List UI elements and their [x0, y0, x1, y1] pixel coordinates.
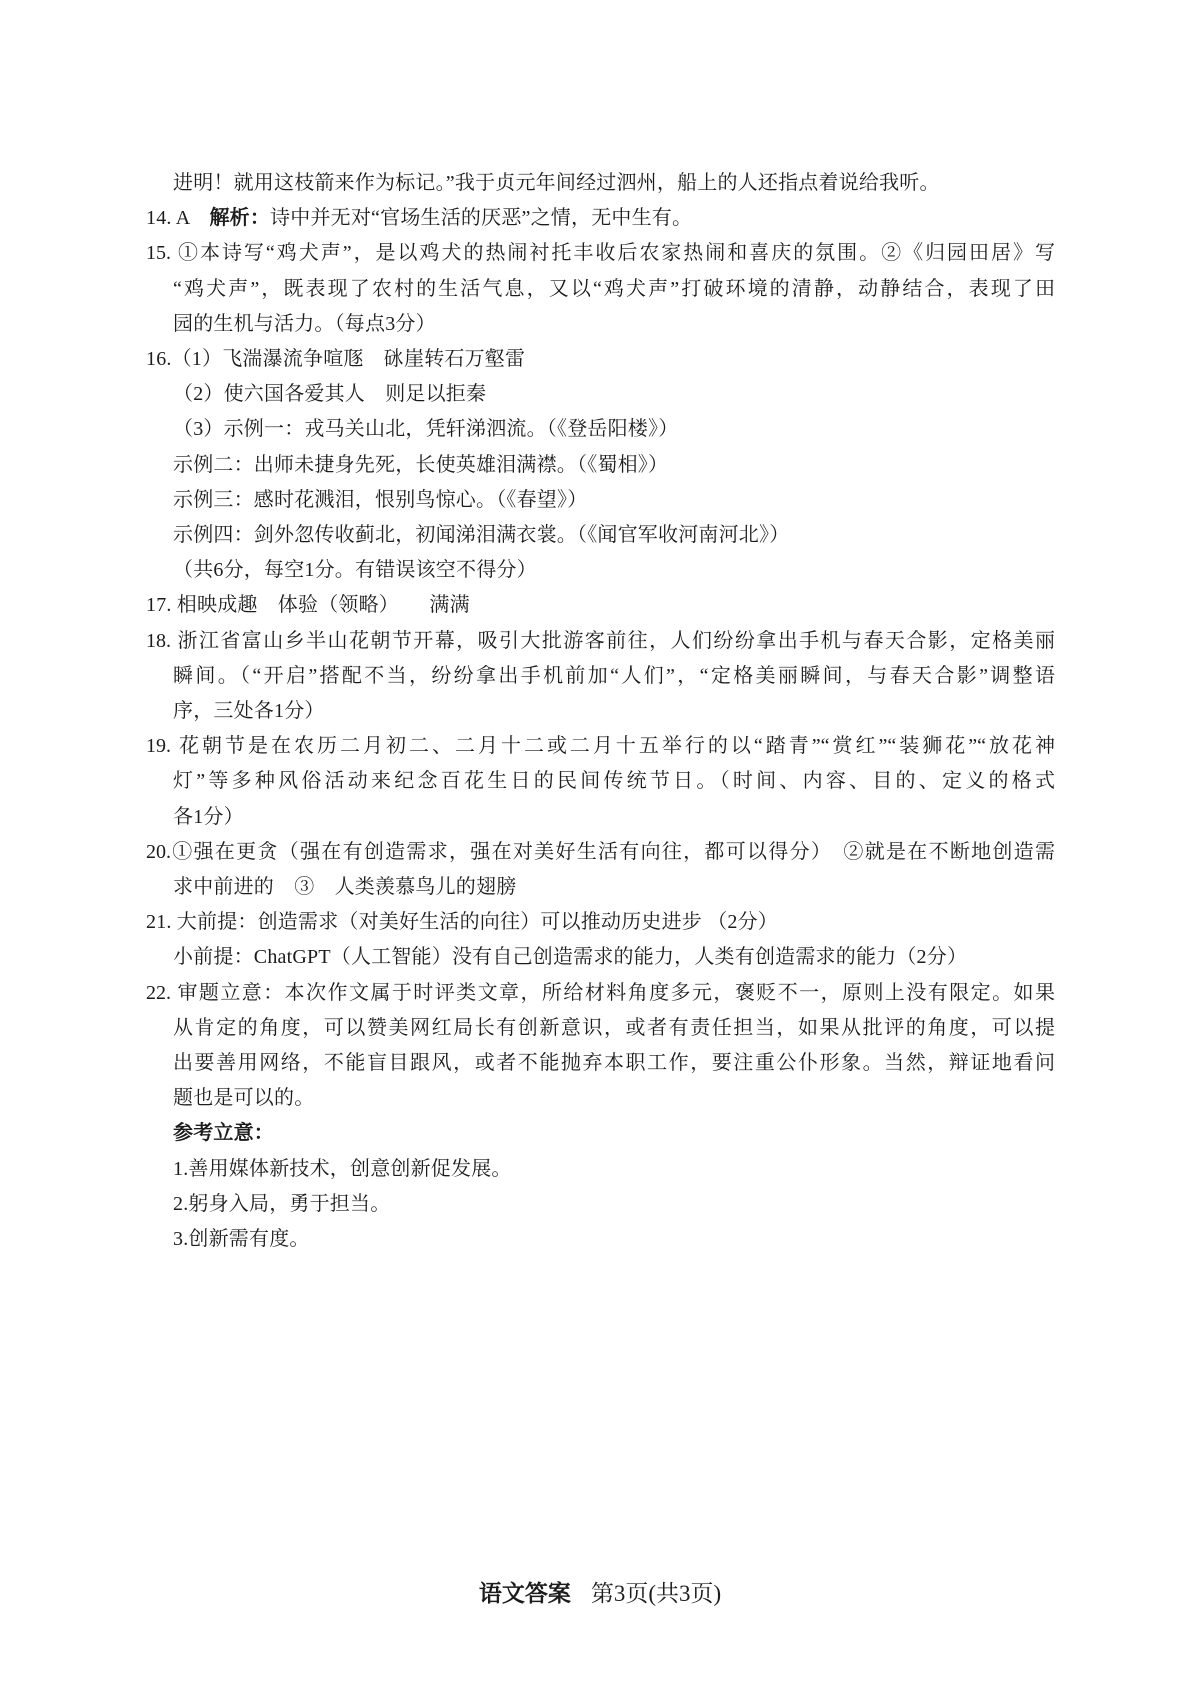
answer-line-segment: 灯”等多种风俗活动来纪念百花生日的民间传统节日。（时间、内容、目的、定义的格式 [173, 770, 1055, 792]
answer-line-segment: 18. 浙江省富山乡半山花朝节开幕，吸引大批游客前往，人们纷纷拿出手机与春天合影… [146, 630, 1055, 652]
answer-line-segment: 19. 花朝节是在农历二月初二、二月十二或二月十五举行的以“踏青”“赏红”“装狮… [146, 735, 1055, 757]
answer-line-bold-segment: 参考立意： [173, 1122, 274, 1144]
answer-line-segment: 诗中并无对“官场生活的厌恶”之情，无中生有。 [270, 207, 692, 229]
answer-line-segment: 示例四：剑外忽传收蓟北，初闻涕泪满衣裳。（《闻官军收河南河北》） [173, 524, 789, 546]
answer-line-segment: 小前提：ChatGPT（人工智能）没有自己创造需求的能力，人类有创造需求的能力（… [173, 946, 967, 968]
answer-line-segment: （2）使六国各爱其人 则足以拒秦 [173, 383, 486, 405]
answer-line: 园的生机与活力。（每点3分） [146, 307, 1055, 342]
page-footer: 语文答案第3页(共3页) [0, 1576, 1200, 1611]
answer-line-bold-segment: 解析： [209, 207, 270, 229]
answer-line: 2.躬身入局，勇于担当。 [146, 1187, 1055, 1222]
answer-line-segment: 示例三：感时花溅泪，恨别鸟惊心。（《春望》） [173, 489, 587, 511]
answer-line-segment: 20.①强在更贪（强在有创造需求，强在对美好生活有向往，都可以得分） ②就是在不… [146, 841, 1055, 863]
answer-line-segment: 15. ①本诗写“鸡犬声”，是以鸡犬的热闹衬托丰收后农家热闹和喜庆的氛围。②《归… [146, 242, 1055, 264]
answer-line-segment: （共6分，每空1分。有错误该空不得分） [173, 559, 537, 581]
answer-line-segment: 从肯定的角度，可以赞美网红局长有创新意识，或者有责任担当，如果从批评的角度，可以… [173, 1017, 1055, 1039]
answer-line-segment: 16.（1）飞湍瀑流争喧豗 砯崖转石万壑雷 [146, 348, 525, 370]
answer-line: 16.（1）飞湍瀑流争喧豗 砯崖转石万壑雷 [146, 342, 1055, 377]
answer-body: 进明！就用这枝箭来作为标记。”我于贞元年间经过泗州，船上的人还指点着说给我听。1… [146, 166, 1055, 1257]
exam-answer-page: 进明！就用这枝箭来作为标记。”我于贞元年间经过泗州，船上的人还指点着说给我听。1… [0, 0, 1200, 1698]
answer-line: 瞬间。（“开启”搭配不当，纷纷拿出手机前加“人们”，“定格美丽瞬间，与春天合影”… [146, 659, 1055, 694]
answer-line: 3.创新需有度。 [146, 1222, 1055, 1257]
answer-line: “鸡犬声”，既表现了农村的生活气息，又以“鸡犬声”打破环境的清静，动静结合，表现… [146, 272, 1055, 307]
answer-line-segment: 求中前进的 ③ 人类羡慕鸟儿的翅膀 [173, 876, 516, 898]
answer-line: （共6分，每空1分。有错误该空不得分） [146, 553, 1055, 588]
answer-line: （3）示例一：戎马关山北，凭轩涕泗流。（《登岳阳楼》） [146, 412, 1055, 447]
answer-line: 示例四：剑外忽传收蓟北，初闻涕泪满衣裳。（《闻官军收河南河北》） [146, 518, 1055, 553]
answer-line: 22. 审题立意：本次作文属于时评类文章，所给材料角度多元，褒贬不一，原则上没有… [146, 976, 1055, 1011]
answer-line: 求中前进的 ③ 人类羡慕鸟儿的翅膀 [146, 870, 1055, 905]
answer-line-segment: 22. 审题立意：本次作文属于时评类文章，所给材料角度多元，褒贬不一，原则上没有… [146, 982, 1055, 1004]
answer-line-segment: 进明！就用这枝箭来作为标记。”我于贞元年间经过泗州，船上的人还指点着说给我听。 [173, 172, 940, 194]
answer-line: 示例二：出师未捷身先死，长使英雄泪满襟。（《蜀相》） [146, 448, 1055, 483]
answer-line-segment: 园的生机与活力。（每点3分） [173, 313, 436, 335]
answer-line: 1.善用媒体新技术，创意创新促发展。 [146, 1152, 1055, 1187]
answer-line: 出要善用网络，不能盲目跟风，或者不能抛弃本职工作，要注重公仆形象。当然，辩证地看… [146, 1046, 1055, 1081]
answer-line-segment: 序，三处各1分） [173, 700, 325, 722]
answer-line-segment: 瞬间。（“开启”搭配不当，纷纷拿出手机前加“人们”，“定格美丽瞬间，与春天合影”… [173, 665, 1055, 687]
answer-line: 20.①强在更贪（强在有创造需求，强在对美好生活有向往，都可以得分） ②就是在不… [146, 835, 1055, 870]
answer-line-segment: 题也是可以的。 [173, 1087, 314, 1109]
answer-line: 各1分） [146, 800, 1055, 835]
answer-line: 18. 浙江省富山乡半山花朝节开幕，吸引大批游客前往，人们纷纷拿出手机与春天合影… [146, 624, 1055, 659]
answer-line: 21. 大前提：创造需求（对美好生活的向往）可以推动历史进步 （2分） [146, 905, 1055, 940]
answer-line-segment: （3）示例一：戎马关山北，凭轩涕泗流。（《登岳阳楼》） [173, 418, 678, 440]
answer-line: 17. 相映成趣 体验（领略） 满满 [146, 588, 1055, 623]
footer-page-number: 第3页(共3页) [591, 1581, 721, 1606]
answer-line-segment: 各1分） [173, 806, 244, 828]
answer-line: 进明！就用这枝箭来作为标记。”我于贞元年间经过泗州，船上的人还指点着说给我听。 [146, 166, 1055, 201]
answer-line: 14. A 解析：诗中并无对“官场生活的厌恶”之情，无中生有。 [146, 201, 1055, 236]
answer-line: （2）使六国各爱其人 则足以拒秦 [146, 377, 1055, 412]
answer-line: 从肯定的角度，可以赞美网红局长有创新意识，或者有责任担当，如果从批评的角度，可以… [146, 1011, 1055, 1046]
answer-line-segment: 出要善用网络，不能盲目跟风，或者不能抛弃本职工作，要注重公仆形象。当然，辩证地看… [173, 1052, 1055, 1074]
answer-line-segment: 示例二：出师未捷身先死，长使英雄泪满襟。（《蜀相》） [173, 454, 668, 476]
answer-line-segment: 14. A [146, 207, 209, 229]
answer-line-segment: “鸡犬声”，既表现了农村的生活气息，又以“鸡犬声”打破环境的清静，动静结合，表现… [173, 278, 1055, 300]
answer-line-segment: 21. 大前提：创造需求（对美好生活的向往）可以推动历史进步 （2分） [146, 911, 778, 933]
answer-line: 15. ①本诗写“鸡犬声”，是以鸡犬的热闹衬托丰收后农家热闹和喜庆的氛围。②《归… [146, 236, 1055, 271]
answer-line: 题也是可以的。 [146, 1081, 1055, 1116]
answer-line-segment: 1.善用媒体新技术，创意创新促发展。 [173, 1158, 512, 1180]
answer-line-segment: 2.躬身入局，勇于担当。 [173, 1193, 390, 1215]
answer-line: 灯”等多种风俗活动来纪念百花生日的民间传统节日。（时间、内容、目的、定义的格式 [146, 764, 1055, 799]
answer-line: 序，三处各1分） [146, 694, 1055, 729]
answer-line: 小前提：ChatGPT（人工智能）没有自己创造需求的能力，人类有创造需求的能力（… [146, 940, 1055, 975]
answer-line-segment: 17. 相映成趣 体验（领略） 满满 [146, 594, 470, 616]
answer-line: 19. 花朝节是在农历二月初二、二月十二或二月十五举行的以“踏青”“赏红”“装狮… [146, 729, 1055, 764]
answer-line: 参考立意： [146, 1116, 1055, 1151]
answer-line-segment: 3.创新需有度。 [173, 1228, 310, 1250]
footer-doc-title: 语文答案 [479, 1580, 571, 1606]
answer-line: 示例三：感时花溅泪，恨别鸟惊心。（《春望》） [146, 483, 1055, 518]
